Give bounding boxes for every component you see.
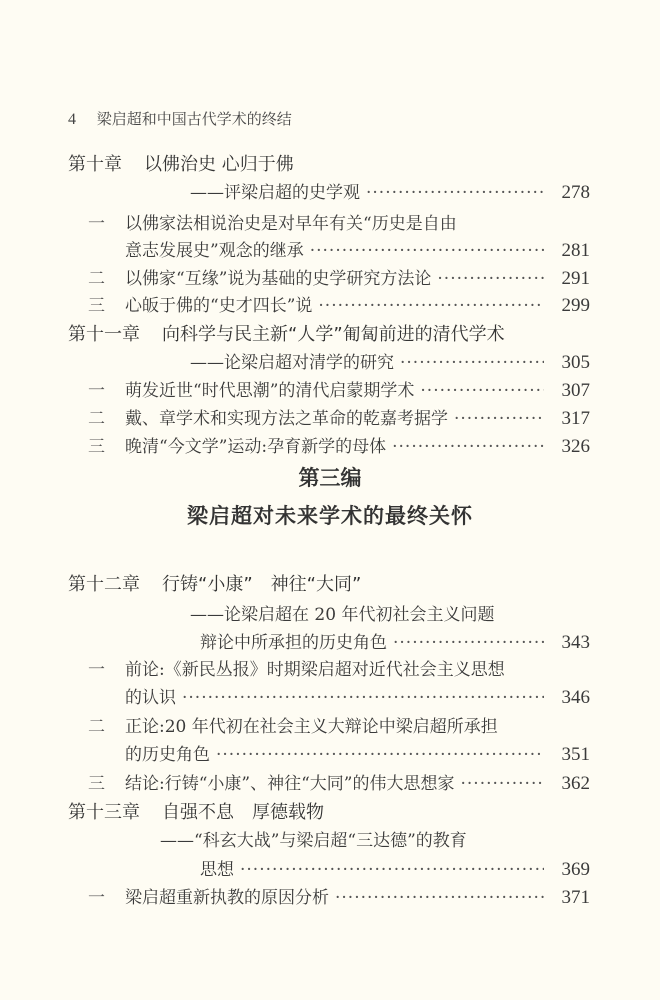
- chapter-10-subtitle: ——评梁启超的史学观278: [190, 178, 590, 208]
- section-10-2: 以佛家“互缘”说为基础的史学研究方法论291: [125, 264, 590, 294]
- part-number: 第三编: [0, 462, 660, 492]
- section-mark: 二: [88, 264, 105, 294]
- chapter-12-subtitle: 辩论中所承担的历史角色343: [200, 628, 590, 658]
- book-page: 4 梁启超和中国古代学术的终结 第十章以佛治史 心归于佛 ——评梁启超的史学观2…: [0, 0, 660, 1000]
- section-10-1: 意志发展史”观念的继承281: [125, 236, 590, 266]
- page-ref: 278: [550, 178, 590, 208]
- chapter-title: 向科学与民主新“人学”匍匐前进的清代学术: [162, 324, 505, 345]
- section-11-3: 晚清“今文学”运动:孕育新学的母体326: [125, 432, 590, 462]
- section-12-3: 结论:行铸“小康”、神往“大同”的伟大思想家362: [125, 769, 590, 799]
- section-12-2-line1: 正论:20 年代初在社会主义大辩论中梁启超所承担: [125, 712, 595, 742]
- chapter-title: 以佛治史 心归于佛: [144, 154, 294, 175]
- chapter-title: 行铸“小康” 神往“大同”: [162, 574, 361, 595]
- chapter-11-subtitle: ——论梁启超对清学的研究305: [190, 348, 590, 378]
- section-mark: 一: [88, 209, 105, 239]
- chapter-number: 第十章: [68, 154, 122, 175]
- chapter-12-subtitle-line1: ——论梁启超在 20 年代初社会主义问题: [190, 600, 590, 630]
- section-12-1-line1: 前论:《新民丛报》时期梁启超对近代社会主义思想: [125, 655, 595, 685]
- chapter-11-heading: 第十一章向科学与民主新“人学”匍匐前进的清代学术: [68, 320, 660, 350]
- chapter-13-heading: 第十三章自强不息 厚德载物: [68, 798, 660, 828]
- chapter-number: 第十三章: [68, 802, 140, 823]
- chapter-10-heading: 第十章以佛治史 心归于佛: [68, 150, 660, 180]
- section-mark: 三: [88, 291, 105, 321]
- chapter-title: 自强不息 厚德载物: [162, 802, 324, 823]
- section-10-1-line1: 以佛家法相说治史是对早年有关“历史是自由: [125, 209, 595, 239]
- part-title: 梁启超对未来学术的最终关怀: [0, 500, 660, 530]
- chapter-number: 第十一章: [68, 324, 140, 345]
- section-12-1: 的认识346: [125, 683, 590, 713]
- section-mark: 三: [88, 769, 105, 799]
- section-mark: 一: [88, 655, 105, 685]
- book-title: 梁启超和中国古代学术的终结: [97, 110, 292, 128]
- running-head: 4 梁启超和中国古代学术的终结: [68, 108, 292, 129]
- section-mark: 三: [88, 432, 105, 462]
- chapter-13-subtitle: 思想369: [200, 855, 590, 885]
- leader-dots: [366, 178, 544, 208]
- page-number: 4: [68, 111, 76, 128]
- chapter-number: 第十二章: [68, 574, 140, 595]
- section-mark: 二: [88, 712, 105, 742]
- chapter-13-subtitle-line1: ——“科玄大战”与梁启超“三达德”的教育: [160, 826, 590, 856]
- section-10-3: 心皈于佛的“史才四长”说299: [125, 291, 590, 321]
- section-11-1: 萌发近世“时代思潮”的清代启蒙期学术307: [125, 376, 590, 406]
- section-mark: 二: [88, 404, 105, 434]
- section-mark: 一: [88, 376, 105, 406]
- section-12-2: 的历史角色351: [125, 740, 590, 770]
- section-11-2: 戴、章学术和实现方法之革命的乾嘉考据学317: [125, 404, 590, 434]
- chapter-12-heading: 第十二章行铸“小康” 神往“大同”: [68, 570, 660, 600]
- section-mark: 一: [88, 883, 105, 913]
- section-13-1: 梁启超重新执教的原因分析371: [125, 883, 590, 913]
